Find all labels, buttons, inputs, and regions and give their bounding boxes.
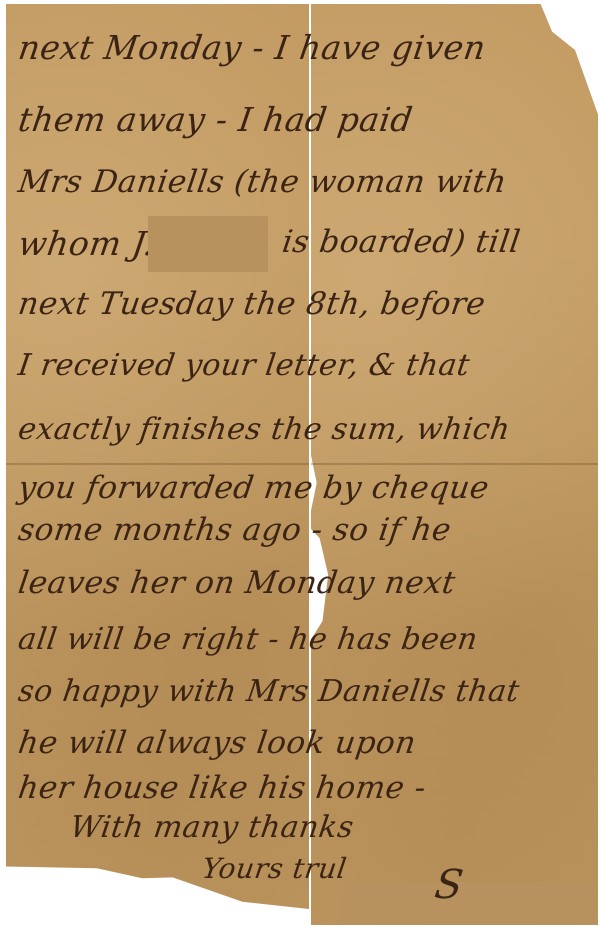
letter-line-14: her house like his home - [16,770,428,806]
letter-line-3: Mrs Daniells (the woman with [16,164,509,200]
letter-line-4b: is boarded) till [280,224,523,260]
letter-line-1: next Monday - I have given [16,28,488,67]
letter-line-7: exactly finishes the sum, which [16,412,513,447]
letter-line-2: them away - I had paid [16,100,415,139]
horizontal-fold-crease [6,463,598,465]
redaction-box-name [148,216,268,272]
letter-line-12: so happy with Mrs Daniells that [16,674,522,709]
letter-line-9: some months ago - so if he [16,512,454,548]
closing-line-2: Yours trul [200,852,349,885]
letter-line-11: all will be right - he has been [16,622,480,657]
redaction-box-signature [340,882,595,924]
letter-line-6: I received your letter, & that [16,348,472,383]
letter-line-13: he will always look upon [16,725,418,761]
letter-line-10: leaves her on Monday next [16,565,458,601]
letter-line-5: next Tuesday the 8th, before [16,286,488,322]
closing-line-1: With many thanks [68,810,356,845]
letter-line-8: you forwarded me by cheque [16,470,491,506]
letter-line-4a: whom J. [16,224,157,263]
